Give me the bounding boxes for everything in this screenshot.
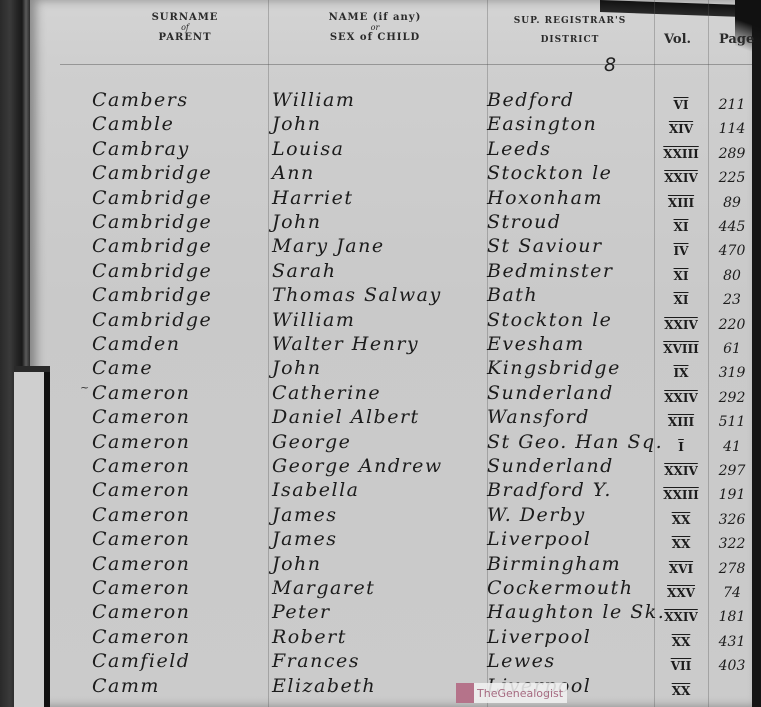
entry-name: Catherine [272, 382, 381, 404]
entry-district: St Saviour [487, 235, 603, 257]
entry-vol: XIII [658, 192, 704, 214]
entry-district: Bath [487, 284, 538, 306]
entry-district: Lewes [487, 650, 556, 672]
page-right-edge [752, 40, 761, 707]
entry-district: Hoxonham [487, 187, 603, 209]
entry-name: Peter [272, 601, 331, 623]
entry-page: 89 [712, 192, 752, 214]
entry-district: Haughton le Sk. [487, 601, 665, 623]
entry-surname: Cambridge [92, 211, 212, 233]
entry-page: 211 [712, 94, 752, 116]
entry-surname: Cambridge [92, 187, 212, 209]
entry-surname: Cameron [92, 382, 190, 404]
entry-district: Leeds [487, 138, 552, 160]
entry-page: 511 [712, 411, 752, 433]
entry-district: Evesham [487, 333, 585, 355]
entry-name: Sarah [272, 260, 337, 282]
entry-vol: XX [658, 533, 704, 555]
entry-vol: XXIV [658, 606, 704, 628]
entry-name: Mary Jane [272, 235, 385, 257]
entry-surname: Cameron [92, 553, 190, 575]
entry-vol: VI [658, 94, 704, 116]
entry-surname: Cameron [92, 577, 190, 599]
entry-name: John [272, 113, 322, 135]
entry-name: Harriet [272, 187, 354, 209]
header-district-line2: DISTRICT [500, 36, 640, 45]
entry-district: Sunderland [487, 455, 614, 477]
entry-name: John [272, 553, 322, 575]
entry-name: Louisa [272, 138, 344, 160]
entry-vol: XIV [658, 118, 704, 140]
entry-name: Daniel Albert [272, 406, 420, 428]
entry-name: Margaret [272, 577, 375, 599]
entry-name: George [272, 431, 351, 453]
entry-vol: XVI [658, 558, 704, 580]
entry-surname: Cambridge [92, 162, 212, 184]
entry-surname: Cameron [92, 626, 190, 648]
entry-page: 319 [712, 362, 752, 384]
binding-strip [14, 372, 44, 707]
entry-surname: Cambridge [92, 235, 212, 257]
entry-district: Bedminster [487, 260, 613, 282]
entry-page: 403 [712, 655, 752, 677]
entry-name: Frances [272, 650, 360, 672]
entry-vol: XI [658, 289, 704, 311]
entry-page: 220 [712, 314, 752, 336]
header-name-or: or [300, 24, 450, 32]
column-divider-vol [708, 0, 709, 707]
header-district-line1: SUP. REGISTRAR'S [514, 16, 627, 26]
entry-page: 80 [712, 265, 752, 287]
entry-surname: Camden [92, 333, 181, 355]
entry-surname: Cambray [92, 138, 190, 160]
entry-vol: XVIII [658, 338, 704, 360]
entry-district: Birmingham [487, 553, 621, 575]
entry-name: Elizabeth [272, 675, 376, 697]
entry-page: 278 [712, 558, 752, 580]
entry-vol: IV [658, 240, 704, 262]
entry-surname: Cameron [92, 479, 190, 501]
entry-district: Stockton le [487, 309, 612, 331]
entry-name: John [272, 211, 322, 233]
entry-vol: XXIV [658, 314, 704, 336]
entry-surname: Cameron [92, 601, 190, 623]
entry-vol: XX [658, 509, 704, 531]
entry-district: Bradford Y. [487, 479, 612, 501]
entry-page: 191 [712, 484, 752, 506]
column-divider-surname [268, 0, 269, 707]
entry-page: 445 [712, 216, 752, 238]
entry-vol: XXIV [658, 460, 704, 482]
entry-vol: XI [658, 216, 704, 238]
entry-surname: Cambridge [92, 309, 212, 331]
entry-surname: Came [92, 357, 153, 379]
header-district: SUP. REGISTRAR'S DISTRICT [500, 17, 640, 45]
entry-name: George Andrew [272, 455, 443, 477]
header-surname-line1: SURNAME [152, 12, 219, 23]
entry-vol: XX [658, 631, 704, 653]
entry-surname: Camble [92, 113, 174, 135]
entry-district: Sunderland [487, 382, 614, 404]
entry-surname: Cambridge [92, 284, 212, 306]
watermark-text: TheGenealogist [477, 687, 563, 700]
entry-name: Ann [272, 162, 315, 184]
entry-page: 297 [712, 460, 752, 482]
header-rule [60, 64, 752, 65]
entry-vol: XXIII [658, 484, 704, 506]
header-surname-line2: PARENT [158, 32, 211, 43]
entry-vol: XX [658, 680, 704, 702]
entry-surname: Camm [92, 675, 160, 697]
entry-page: 181 [712, 606, 752, 628]
header-name-line1: NAME (if any) [329, 12, 422, 23]
entry-surname: Cameron [92, 504, 190, 526]
entry-vol: I [658, 436, 704, 458]
header-page: Page [719, 33, 754, 46]
row-tick-mark: ~ [80, 381, 89, 394]
entry-name: Thomas Salway [272, 284, 442, 306]
entry-district: Stockton le [487, 162, 612, 184]
entry-district: Liverpool [487, 528, 591, 550]
entry-name: Robert [272, 626, 347, 648]
entry-vol: XXIII [658, 143, 704, 165]
entry-name: James [272, 504, 337, 526]
header-vol: Vol. [664, 33, 691, 46]
entry-name: William [272, 89, 355, 111]
entry-district: Wansford [487, 406, 590, 428]
entry-name: Isabella [272, 479, 359, 501]
entry-vol: XIII [658, 411, 704, 433]
entry-page: 326 [712, 509, 752, 531]
entry-surname: Cameron [92, 431, 190, 453]
entry-page: 292 [712, 387, 752, 409]
entry-district: St Geo. Han Sq. [487, 431, 663, 453]
entry-page: 23 [712, 289, 752, 311]
entry-page: 225 [712, 167, 752, 189]
entry-surname: Cambridge [92, 260, 212, 282]
entry-district: W. Derby [487, 504, 586, 526]
entry-page: 41 [712, 436, 752, 458]
entry-vol: XI [658, 265, 704, 287]
entry-page: 431 [712, 631, 752, 653]
watermark-logo-icon [456, 683, 474, 703]
entry-district: Stroud [487, 211, 562, 233]
entry-surname: Cameron [92, 406, 190, 428]
entry-page: 114 [712, 118, 752, 140]
entry-page: 322 [712, 533, 752, 555]
handwritten-batch-number: 8 [604, 54, 616, 76]
entry-name: William [272, 309, 355, 331]
entry-name: John [272, 357, 322, 379]
entry-surname: Cameron [92, 528, 190, 550]
entry-surname: Cameron [92, 455, 190, 477]
header-name: NAME (if any) or SEX of CHILD [300, 13, 450, 43]
entry-district: Easington [487, 113, 597, 135]
entry-page: 289 [712, 143, 752, 165]
entry-vol: XXIV [658, 167, 704, 189]
header-name-line2: SEX of CHILD [330, 32, 420, 43]
entry-page: 61 [712, 338, 752, 360]
entry-district: Bedford [487, 89, 575, 111]
entry-district: Cockermouth [487, 577, 634, 599]
entry-district: Kingsbridge [487, 357, 621, 379]
entry-page: 74 [712, 582, 752, 604]
entry-name: Walter Henry [272, 333, 419, 355]
header-surname-of: of [130, 24, 240, 32]
entry-surname: Cambers [92, 89, 189, 111]
binding-rule [44, 372, 50, 707]
entry-vol: VII [658, 655, 704, 677]
entry-page: 470 [712, 240, 752, 262]
entry-name: James [272, 528, 337, 550]
scanned-register-image: SURNAME of PARENT NAME (if any) or SEX o… [0, 0, 761, 707]
entry-district: Liverpool [487, 626, 591, 648]
watermark: TheGenealogist [456, 683, 567, 703]
entry-vol: IX [658, 362, 704, 384]
header-surname: SURNAME of PARENT [130, 13, 240, 43]
entry-surname: Camfield [92, 650, 190, 672]
entry-vol: XXIV [658, 387, 704, 409]
